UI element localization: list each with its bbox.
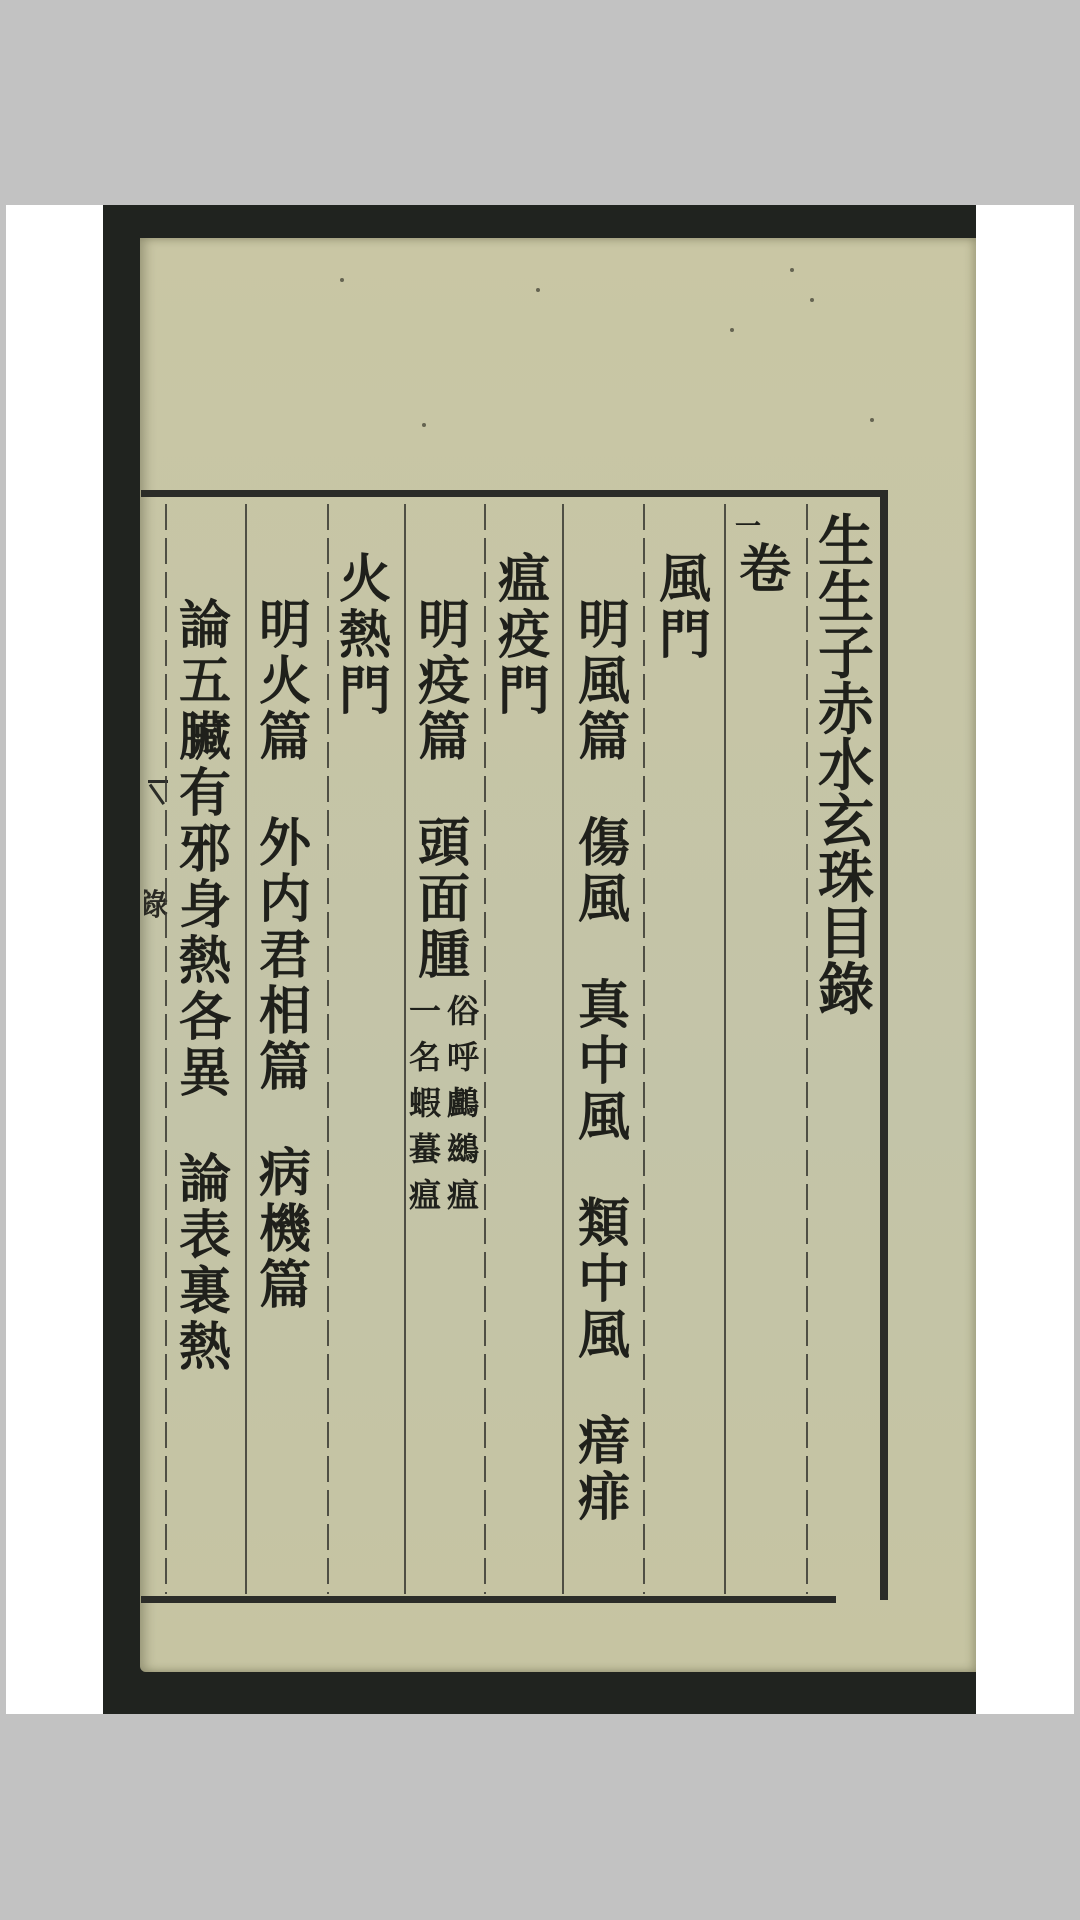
entries-fire: 明 火 篇 外 内 君 相 篇 病 機 篇 — [247, 598, 323, 1314]
entry-char: 異 — [179, 1046, 231, 1102]
entry-char: 篇 — [259, 710, 311, 766]
note-line-left: 一 名 蝦 蟇 瘟 — [409, 988, 441, 1218]
note-line-right: 俗 呼 鸕 鷀 瘟 — [447, 988, 479, 1218]
paper-speck — [536, 288, 540, 292]
heading-char: 門 — [498, 664, 550, 720]
heading-char: 門 — [659, 608, 711, 664]
entry-char: 中 — [578, 1252, 630, 1308]
title-column: 生 生 子 赤 水 玄 珠 目 錄 — [808, 510, 884, 1014]
entry-char: 病 — [259, 1146, 311, 1202]
entry-char: 真 — [578, 978, 630, 1034]
entry-char: 風 — [578, 872, 630, 928]
entry-char: 熱 — [179, 934, 231, 990]
printed-frame: 生 生 子 赤 水 玄 珠 目 錄 一 卷 風 門 明 風 篇 傷 風 真 中 … — [141, 490, 886, 1600]
entry-char: 傷 — [578, 816, 630, 872]
title-char: 生 — [818, 510, 874, 566]
entry-char: 篇 — [259, 1040, 311, 1096]
entry-char: 中 — [578, 1034, 630, 1090]
heading-char: 風 — [659, 552, 711, 608]
entry-char: 篇 — [578, 710, 630, 766]
entry-char: 腫 — [418, 928, 470, 984]
entry-char: 篇 — [259, 1258, 311, 1314]
entry-char: 内 — [259, 872, 311, 928]
note-char: 瘟 — [409, 1172, 441, 1218]
entry-char: 五 — [179, 654, 231, 710]
note-char: 瘟 — [447, 1172, 479, 1218]
entry-char: 身 — [179, 878, 231, 934]
entries-pestilence: 明 疫 篇 頭 面 腫 俗 呼 鸕 鷀 瘟 一 名 蝦 蟇 瘟 — [406, 598, 482, 1218]
heading-char: 熱 — [339, 608, 391, 664]
paper-speck — [340, 278, 344, 282]
title-char: 玄 — [818, 790, 874, 846]
entry-char: 疫 — [418, 654, 470, 710]
heading-char: 火 — [339, 552, 391, 608]
paper-speck — [790, 268, 794, 272]
entry-char: 表 — [179, 1208, 231, 1264]
paper-speck — [810, 298, 814, 302]
title-char: 錄 — [818, 958, 874, 1014]
entry-char: 篇 — [418, 710, 470, 766]
entry-char: 邪 — [179, 822, 231, 878]
note-char: 蟇 — [409, 1126, 441, 1172]
entry-char: 君 — [259, 928, 311, 984]
note-char: 蝦 — [409, 1080, 441, 1126]
entry-char: 類 — [578, 1196, 630, 1252]
note-char: 名 — [409, 1034, 441, 1080]
title-char: 生 — [818, 566, 874, 622]
entry-char: 臟 — [179, 710, 231, 766]
entry-char: 各 — [179, 990, 231, 1046]
paper-speck — [870, 418, 874, 422]
title-char: 珠 — [818, 846, 874, 902]
title-char: 子 — [818, 622, 874, 678]
entries-discussion: 論 五 臟 有 邪 身 熱 各 異 論 表 裏 熱 — [167, 598, 243, 1376]
note-char: 俗 — [447, 988, 479, 1034]
entry-char: 裏 — [179, 1264, 231, 1320]
section-heading-fire-heat: 火 熱 門 — [327, 552, 403, 720]
entry-char: 面 — [418, 872, 470, 928]
frame-bottom-border — [141, 1596, 836, 1603]
entry-char: 外 — [259, 816, 311, 872]
title-char: 目 — [818, 902, 874, 958]
entry-char: 明 — [418, 598, 470, 654]
entry-char: 風 — [578, 1090, 630, 1146]
entry-char: 瘖 — [578, 1414, 630, 1470]
entry-char: 有 — [179, 766, 231, 822]
volume-label: 卷 — [739, 542, 791, 598]
entry-char: 明 — [578, 598, 630, 654]
entry-char: 風 — [578, 1308, 630, 1364]
entry-char: 風 — [578, 654, 630, 710]
heading-char: 疫 — [498, 608, 550, 664]
entry-char: 頭 — [418, 816, 470, 872]
entries-wind: 明 風 篇 傷 風 真 中 風 類 中 風 瘖 痱 — [566, 598, 642, 1526]
section-heading-wind: 風 門 — [647, 552, 723, 664]
title-char: 赤 — [818, 678, 874, 734]
heading-char: 瘟 — [498, 552, 550, 608]
entry-char: 相 — [259, 984, 311, 1040]
note-char: 鷀 — [447, 1126, 479, 1172]
paper-speck — [422, 423, 426, 427]
interlinear-note: 俗 呼 鸕 鷀 瘟 一 名 蝦 蟇 瘟 — [409, 988, 479, 1218]
entry-char: 痱 — [578, 1470, 630, 1526]
entry-char: 論 — [179, 1152, 231, 1208]
entry-char: 機 — [259, 1202, 311, 1258]
section-heading-pestilence: 瘟 疫 門 — [486, 552, 562, 720]
frame-top-border — [141, 490, 886, 497]
heading-char: 門 — [339, 664, 391, 720]
column-rule — [562, 504, 564, 1594]
paper-speck — [730, 328, 734, 332]
entry-char: 熱 — [179, 1320, 231, 1376]
volume-column: 一 卷 — [727, 512, 803, 598]
entry-char: 明 — [259, 598, 311, 654]
entry-char: 火 — [259, 654, 311, 710]
note-char: 一 — [409, 988, 441, 1034]
note-char: 呼 — [447, 1034, 479, 1080]
column-rule — [724, 504, 726, 1594]
title-char: 水 — [818, 734, 874, 790]
volume-number: 一 — [735, 512, 761, 542]
column-rule — [643, 504, 645, 1594]
entry-char: 論 — [179, 598, 231, 654]
note-char: 鸕 — [447, 1080, 479, 1126]
